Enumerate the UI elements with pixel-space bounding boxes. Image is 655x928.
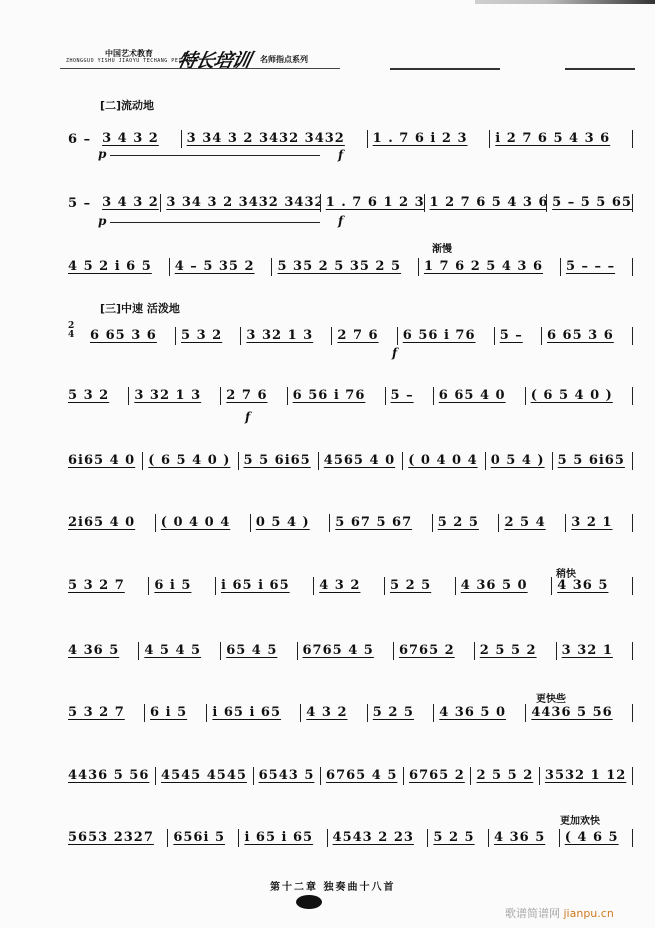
measure: 6 65 3 6: [90, 327, 176, 345]
header-series: 名师指点系列: [260, 54, 308, 65]
header-rule: [565, 68, 635, 70]
header-rule: [60, 68, 340, 69]
measure: 6765 2: [394, 642, 475, 660]
measure: 3 32 1 3: [241, 327, 332, 345]
measure: 4 5 4 5: [139, 642, 221, 660]
measure: 1 . 7 6 i 2 3: [368, 130, 491, 148]
line-lead-notes: 5 –: [68, 196, 97, 211]
measure: 3 32 1 3: [129, 387, 221, 405]
measure: 4545 4545: [156, 767, 254, 785]
measure: 6i65 4 0: [68, 452, 143, 470]
score-line: 4 5 2 i 6 54 – 5 35 25 35 2 5 35 2 51 7 …: [68, 256, 633, 278]
measure: 6543 5: [254, 767, 321, 785]
measure: 5 67 5 67: [330, 514, 432, 532]
measure: 5 3 2 7: [68, 704, 145, 722]
measure: ( 6 5 4 0 ): [143, 452, 238, 470]
measure: 5 3 2 7: [68, 577, 149, 595]
dynamic-p: p: [98, 147, 106, 161]
measure: 4 3 2: [301, 704, 367, 722]
crescendo-hairpin: [110, 222, 320, 223]
measure: 5 –: [495, 327, 542, 345]
measure: 5 5 6i65: [553, 452, 633, 470]
tempo-mark-jianman: 渐慢: [432, 240, 452, 255]
measure: 0 5 4 ): [251, 514, 330, 532]
line-lead-notes: 6 –: [68, 132, 97, 147]
measure: 0 5 4 ): [486, 452, 553, 470]
score-line: 6i65 4 0( 6 5 4 0 )5 5 6i654565 4 0( 0 4…: [68, 450, 633, 472]
measure: 4 3 2: [314, 577, 385, 595]
measure: 3 4 3 2: [97, 130, 182, 148]
measure: 4 – 5 35 2: [170, 258, 273, 276]
score-line: 6 65 3 65 3 23 32 1 32 7 66 56 i 765 –6 …: [90, 325, 633, 347]
dynamic-f: f: [338, 148, 343, 162]
measure: i 65 i 65: [207, 704, 301, 722]
measure: 6 56 i 76: [288, 387, 386, 405]
measure: 1 7 6 2 5 4 3 6: [419, 258, 561, 276]
measure: 2i65 4 0: [68, 514, 156, 532]
measure: 4565 4 0: [319, 452, 403, 470]
score-line: 6 –3 4 3 23 34 3 2 3432 34321 . 7 6 i 2 …: [68, 128, 633, 150]
dynamic-p: p: [98, 214, 106, 228]
measure: 65 4 5: [221, 642, 297, 660]
measure: 3 2 1: [566, 514, 633, 532]
measure: ( 6 5 4 0 ): [526, 387, 633, 405]
dynamic-f: f: [338, 214, 343, 228]
section-2-label: [二]流动地: [100, 97, 154, 113]
measure: 3532 1 12: [540, 767, 633, 785]
measure: i 65 i 65: [216, 577, 314, 595]
measure: 6765 4 5: [298, 642, 394, 660]
measure: ( 0 4 0 4: [156, 514, 251, 532]
measure: 5 2 5: [433, 514, 500, 532]
header-subtitle: ZHONGGUO YISHU JIAOYU TECHANG PEIXUN: [66, 58, 192, 64]
scan-edge: [475, 0, 655, 4]
measure: 5 35 2 5 35 2 5: [272, 258, 419, 276]
measure: 4 36 5: [552, 577, 633, 595]
measure: 4 36 5 0: [434, 704, 526, 722]
measure: 5 –: [386, 387, 434, 405]
measure: 6 i 5: [149, 577, 216, 595]
header-rule: [390, 68, 500, 70]
crescendo-hairpin: [110, 155, 320, 156]
measure: ( 4 6 5: [560, 829, 633, 847]
measure: 1 . 7 6 1 2 3: [321, 194, 425, 212]
measure: 2 7 6: [221, 387, 287, 405]
measure: 2 7 6: [332, 327, 397, 345]
measure: 6 65 3 6: [542, 327, 633, 345]
measure: 2 5 4: [499, 514, 566, 532]
score-line: 4436 5 564545 45456543 56765 4 56765 22 …: [68, 765, 633, 787]
score-line: 5653 2327656i 5i 65 i 654543 2 235 2 54 …: [68, 827, 633, 849]
dynamic-f: f: [392, 346, 397, 360]
score-line: 2i65 4 0( 0 4 0 40 5 4 )5 67 5 675 2 52 …: [68, 512, 633, 534]
measure: 4436 5 56: [526, 704, 633, 722]
measure: 5 3 2: [68, 387, 129, 405]
measure: 6765 4 5: [321, 767, 404, 785]
measure: 3 34 3 2 3432 3432: [182, 130, 368, 148]
measure: ( 0 4 0 4: [403, 452, 486, 470]
measure: i 65 i 65: [239, 829, 327, 847]
measure: 3 34 3 2 3432 3432: [161, 194, 320, 212]
measure: 3 32 1: [557, 642, 633, 660]
measure: 4 36 5: [68, 642, 139, 660]
measure: 2 5 5 2: [475, 642, 557, 660]
measure: 5 2 5: [368, 704, 434, 722]
page-header: 中国艺术教育 ZHONGGUO YISHU JIAOYU TECHANG PEI…: [60, 48, 635, 70]
measure: 5 5 6i65: [239, 452, 319, 470]
page-footer-chapter: 第十二章 独奏曲十八首: [270, 878, 395, 893]
measure: 5 2 5: [428, 829, 489, 847]
measure: 1 2 7 6 5 4 3 6: [425, 194, 548, 212]
score-line: 5 3 23 32 1 32 7 66 56 i 765 –6 65 4 0( …: [68, 385, 633, 407]
measure: 3 4 3 2: [97, 194, 161, 212]
tempo-mark-gengjiahuankuai: 更加欢快: [560, 812, 600, 827]
measure: 5 2 5: [385, 577, 456, 595]
score-line: 5 3 2 76 i 5i 65 i 654 3 25 2 54 36 5 04…: [68, 575, 633, 597]
measure: 5 3 2: [176, 327, 241, 345]
measure: 5 – 5 5 65: [547, 194, 633, 212]
time-signature: 24: [68, 322, 74, 340]
watermark: 歌谱简谱网 jianpu.cn: [505, 905, 614, 921]
measure: 6 56 i 76: [398, 327, 495, 345]
dynamic-f: f: [245, 410, 250, 424]
measure: 4543 2 23: [328, 829, 429, 847]
measure: 2 5 5 2: [471, 767, 539, 785]
measure: 6 65 4 0: [434, 387, 526, 405]
section-3-label: [三]中速 活泼地: [100, 300, 180, 316]
measure: 5 – – –: [561, 258, 633, 276]
score-line: 5 3 2 76 i 5i 65 i 654 3 25 2 54 36 5 04…: [68, 702, 633, 724]
measure: 6765 2: [404, 767, 471, 785]
measure: 4 36 5: [489, 829, 560, 847]
measure: 4 5 2 i 6 5: [68, 258, 170, 276]
measure: 6 i 5: [145, 704, 207, 722]
measure: 4 36 5 0: [456, 577, 552, 595]
measure: 5653 2327: [68, 829, 168, 847]
page-number-blot: [296, 895, 322, 909]
measure: i 2 7 6 5 4 3 6: [490, 130, 633, 148]
score-line: 4 36 54 5 4 565 4 56765 4 56765 22 5 5 2…: [68, 640, 633, 662]
measure: 656i 5: [168, 829, 239, 847]
score-line: 5 –3 4 3 23 34 3 2 3432 34321 . 7 6 1 2 …: [68, 192, 633, 214]
measure: 4436 5 56: [68, 767, 156, 785]
